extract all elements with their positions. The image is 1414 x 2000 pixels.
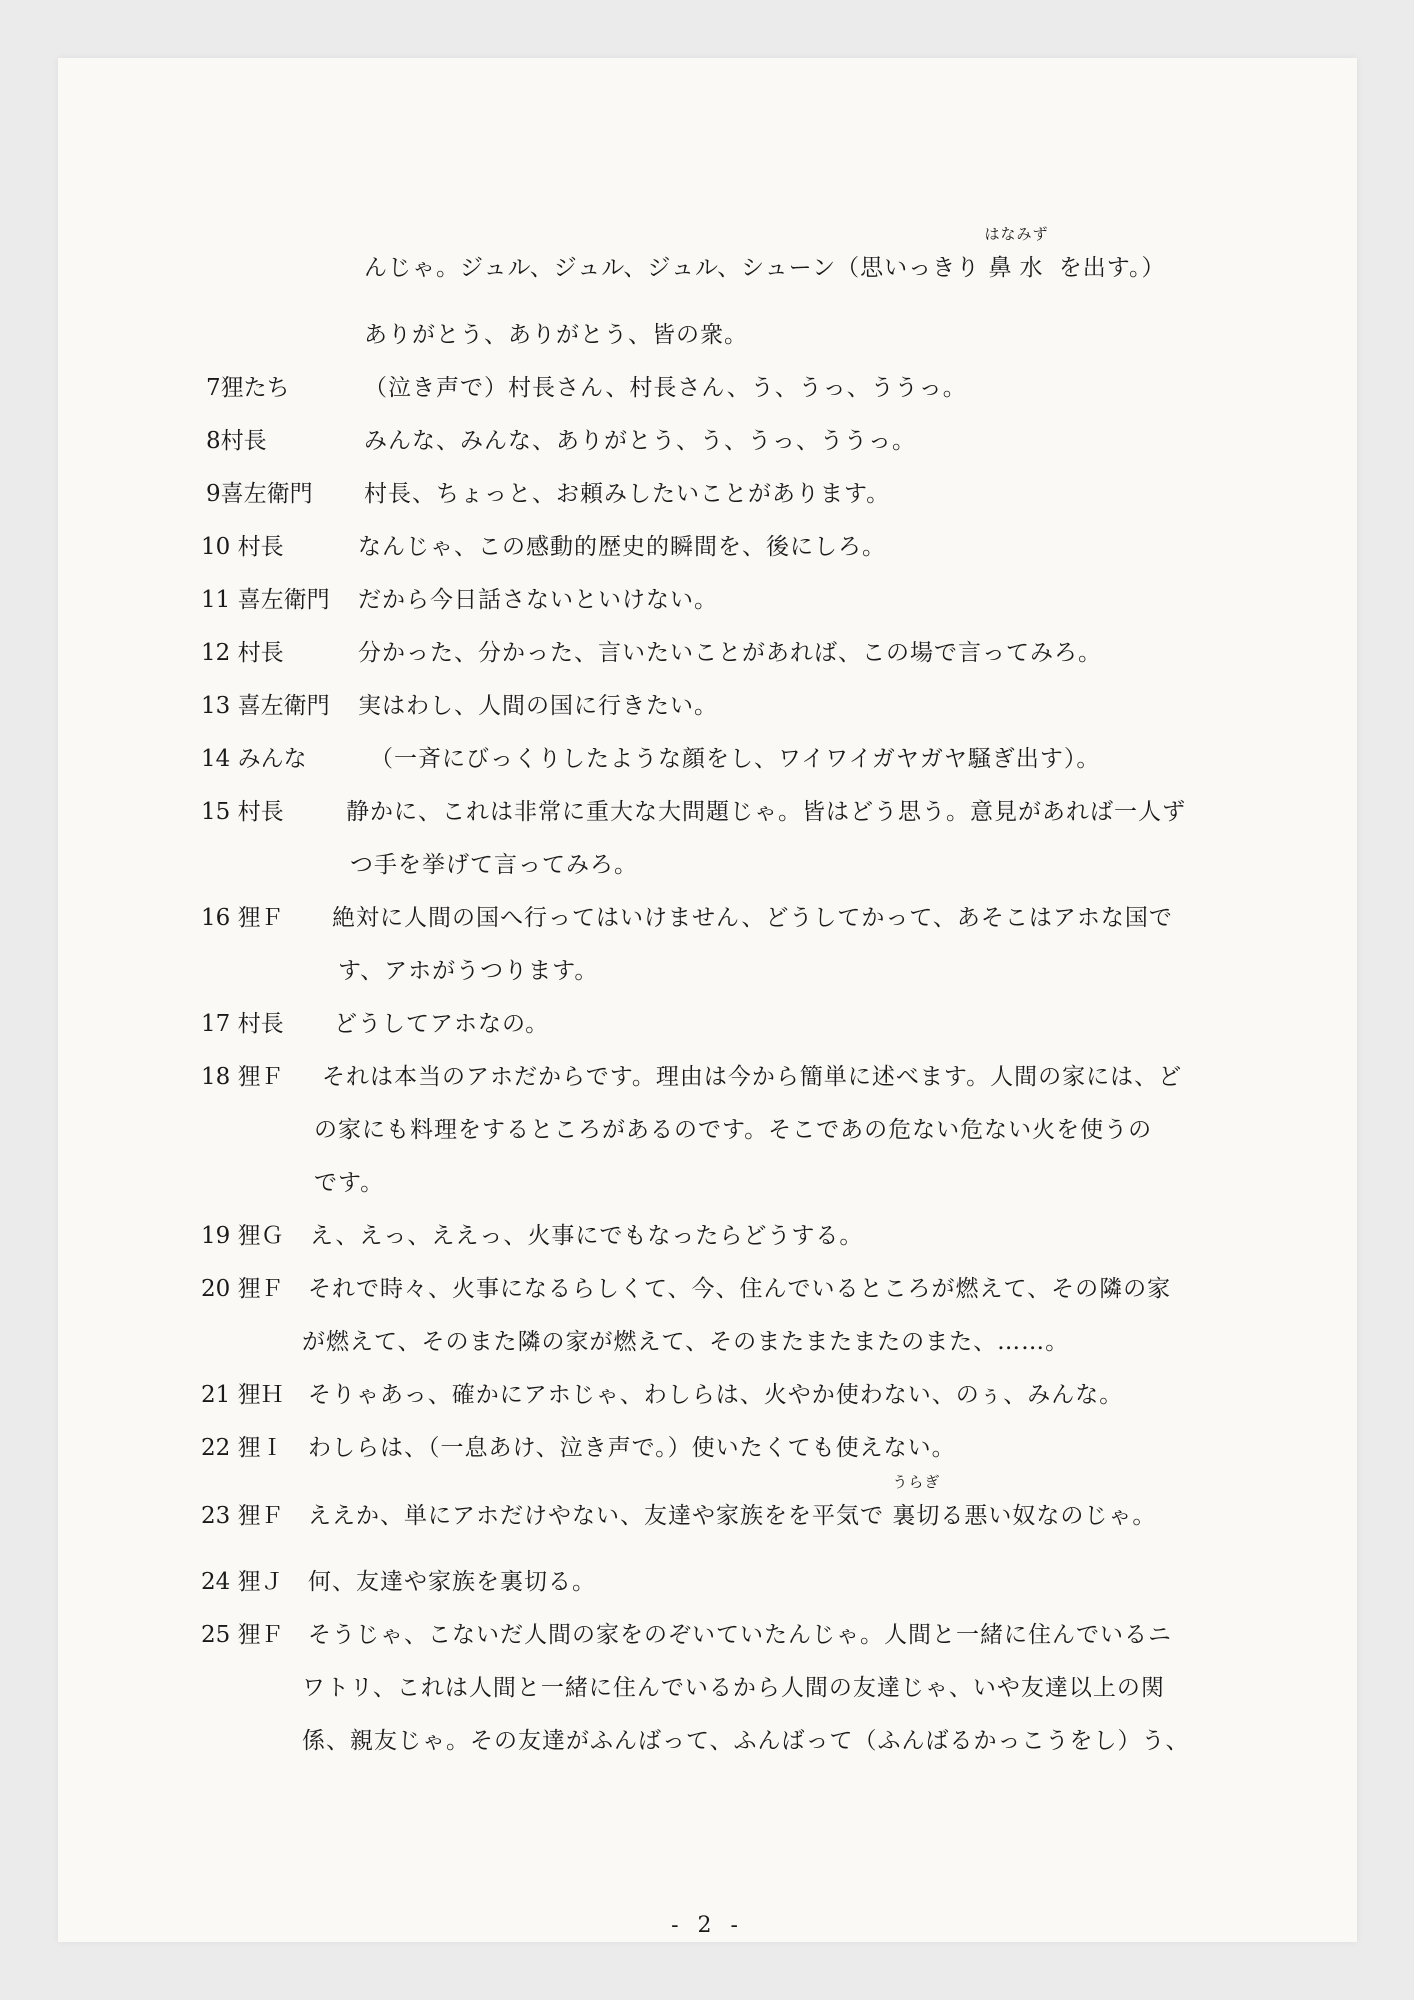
speaker-label: 12 村長 bbox=[201, 638, 284, 668]
dialogue-text: なんじゃ、この感動的歴史的瞬間を、後にしろ。 bbox=[358, 532, 886, 562]
ruby-word: うらぎ裏切 bbox=[892, 1501, 940, 1531]
speaker-label: 13 喜左衛門 bbox=[201, 691, 330, 721]
dialogue-text: です。 bbox=[314, 1168, 384, 1198]
dialogue-text: みんな、みんな、ありがとう、う、うっ、ううっ。 bbox=[364, 426, 916, 456]
dialogue-text: る悪い奴なのじゃ。 bbox=[940, 1503, 1156, 1529]
speaker-label: 22 狸Ｉ bbox=[201, 1433, 284, 1463]
dialogue-text: んじゃ。ジュル、ジュル、ジュル、シューン（思いっきり bbox=[364, 255, 989, 281]
dialogue-text: す、アホがうつります。 bbox=[338, 956, 598, 986]
speaker-label: 20 狸Ｆ bbox=[201, 1274, 284, 1304]
speaker-label: 24 狸Ｊ bbox=[201, 1567, 284, 1597]
dialogue-text: 村長、ちょっと、お頼みしたいことがあります。 bbox=[364, 479, 890, 509]
dialogue-text: 絶対に人間の国へ行ってはいけません、どうしてかって、あそこはアホな国で bbox=[332, 903, 1173, 933]
document-page: んじゃ。ジュル、ジュル、ジュル、シューン（思いっきり はなみず鼻水 を出す。） … bbox=[58, 58, 1357, 1942]
dialogue-text: （一斉にびっくりしたような顔をし、ワイワイガヤガヤ騒ぎ出す）。 bbox=[370, 744, 1100, 774]
ruby-base: 裏切 bbox=[892, 1503, 940, 1529]
speaker-label: 9喜左衛門 bbox=[206, 479, 313, 509]
dialogue-continuation-line: ありがとう、ありがとう、皆の衆。 bbox=[364, 320, 748, 350]
speaker-label: 18 狸Ｆ bbox=[201, 1062, 284, 1092]
dialogue-text: それは本当のアホだからです。理由は今から簡単に述べます。人間の家には、ど bbox=[322, 1062, 1182, 1092]
speaker-label: 16 狸Ｆ bbox=[201, 903, 284, 933]
speaker-label: 21 狸Ｈ bbox=[201, 1380, 284, 1410]
dialogue-text: の家にも料理をするところがあるのです。そこであの危ない危ない火を使うの bbox=[314, 1115, 1152, 1145]
furigana: うらぎ bbox=[892, 1467, 940, 1497]
dialogue-text: 実はわし、人間の国に行きたい。 bbox=[358, 691, 718, 721]
dialogue-text: 分かった、分かった、言いたいことがあれば、この場で言ってみろ。 bbox=[358, 638, 1102, 668]
dialogue-text: だから今日話さないといけない。 bbox=[358, 585, 718, 615]
dialogue-text: ワトリ、これは人間と一緒に住んでいるから人間の友達じゃ、いや友達以上の関 bbox=[302, 1673, 1165, 1703]
dialogue-text: 静かに、これは非常に重大な大問題じゃ。皆はどう思う。意見があれば一人ず bbox=[346, 797, 1186, 827]
dialogue-text: それで時々、火事になるらしくて、今、住んでいるところが燃えて、その隣の家 bbox=[308, 1274, 1171, 1304]
dialogue-text: （泣き声で）村長さん、村長さん、う、うっ、ううっ。 bbox=[364, 373, 967, 403]
dialogue-text: が燃えて、そのまた隣の家が燃えて、そのまたまたまたのまた、……。 bbox=[302, 1327, 1069, 1357]
dialogue-text: そうじゃ、こないだ人間の家をのぞいていたんじゃ。人間と一緒に住んでいるニ bbox=[308, 1620, 1172, 1650]
speaker-label: 25 狸Ｆ bbox=[201, 1620, 284, 1650]
speaker-label: 17 村長 bbox=[201, 1009, 284, 1039]
speaker-label: 8村長 bbox=[206, 426, 267, 456]
dialogue-text: 係、親友じゃ。その友達がふんばって、ふんばって（ふんばるかっこうをし）う、 bbox=[302, 1726, 1190, 1756]
dialogue-text: そりゃあっ、確かにアホじゃ、わしらは、火やか使わない、のぅ、みんな。 bbox=[308, 1380, 1123, 1410]
ruby-word: はなみず鼻水 bbox=[989, 253, 1051, 283]
dialogue-text-with-ruby: ええか、単にアホだけやない、友達や家族をを平気で うらぎ裏切る悪い奴なのじゃ。 bbox=[308, 1501, 1156, 1531]
dialogue-text: ええか、単にアホだけやない、友達や家族をを平気で bbox=[308, 1503, 892, 1529]
speaker-label: 19 狸Ｇ bbox=[201, 1221, 284, 1251]
speaker-label: 10 村長 bbox=[201, 532, 284, 562]
dialogue-text: つ手を挙げて言ってみろ。 bbox=[350, 850, 638, 880]
speaker-label: 15 村長 bbox=[201, 797, 284, 827]
dialogue-text: わしらは、（一息あけ、泣き声で。）使いたくても使えない。 bbox=[308, 1433, 956, 1463]
speaker-label: 14 みんな bbox=[201, 744, 307, 774]
speaker-label: 11 喜左衛門 bbox=[201, 585, 330, 615]
dialogue-text: を出す。） bbox=[1051, 255, 1166, 281]
dialogue-text: 何、友達や家族を裏切る。 bbox=[308, 1567, 596, 1597]
page-number: - 2 - bbox=[58, 1913, 1357, 1938]
dialogue-text: え、えっ、ええっ、火事にでもなったらどうする。 bbox=[310, 1221, 863, 1251]
dialogue-text: どうしてアホなの。 bbox=[334, 1009, 549, 1039]
furigana: はなみず bbox=[985, 219, 1049, 249]
dialogue-continuation-line: んじゃ。ジュル、ジュル、ジュル、シューン（思いっきり はなみず鼻水 を出す。） bbox=[364, 253, 1165, 283]
ruby-base: 鼻水 bbox=[989, 255, 1051, 281]
speaker-label: 23 狸Ｆ bbox=[201, 1501, 284, 1531]
speaker-label: 7狸たち bbox=[206, 373, 290, 403]
